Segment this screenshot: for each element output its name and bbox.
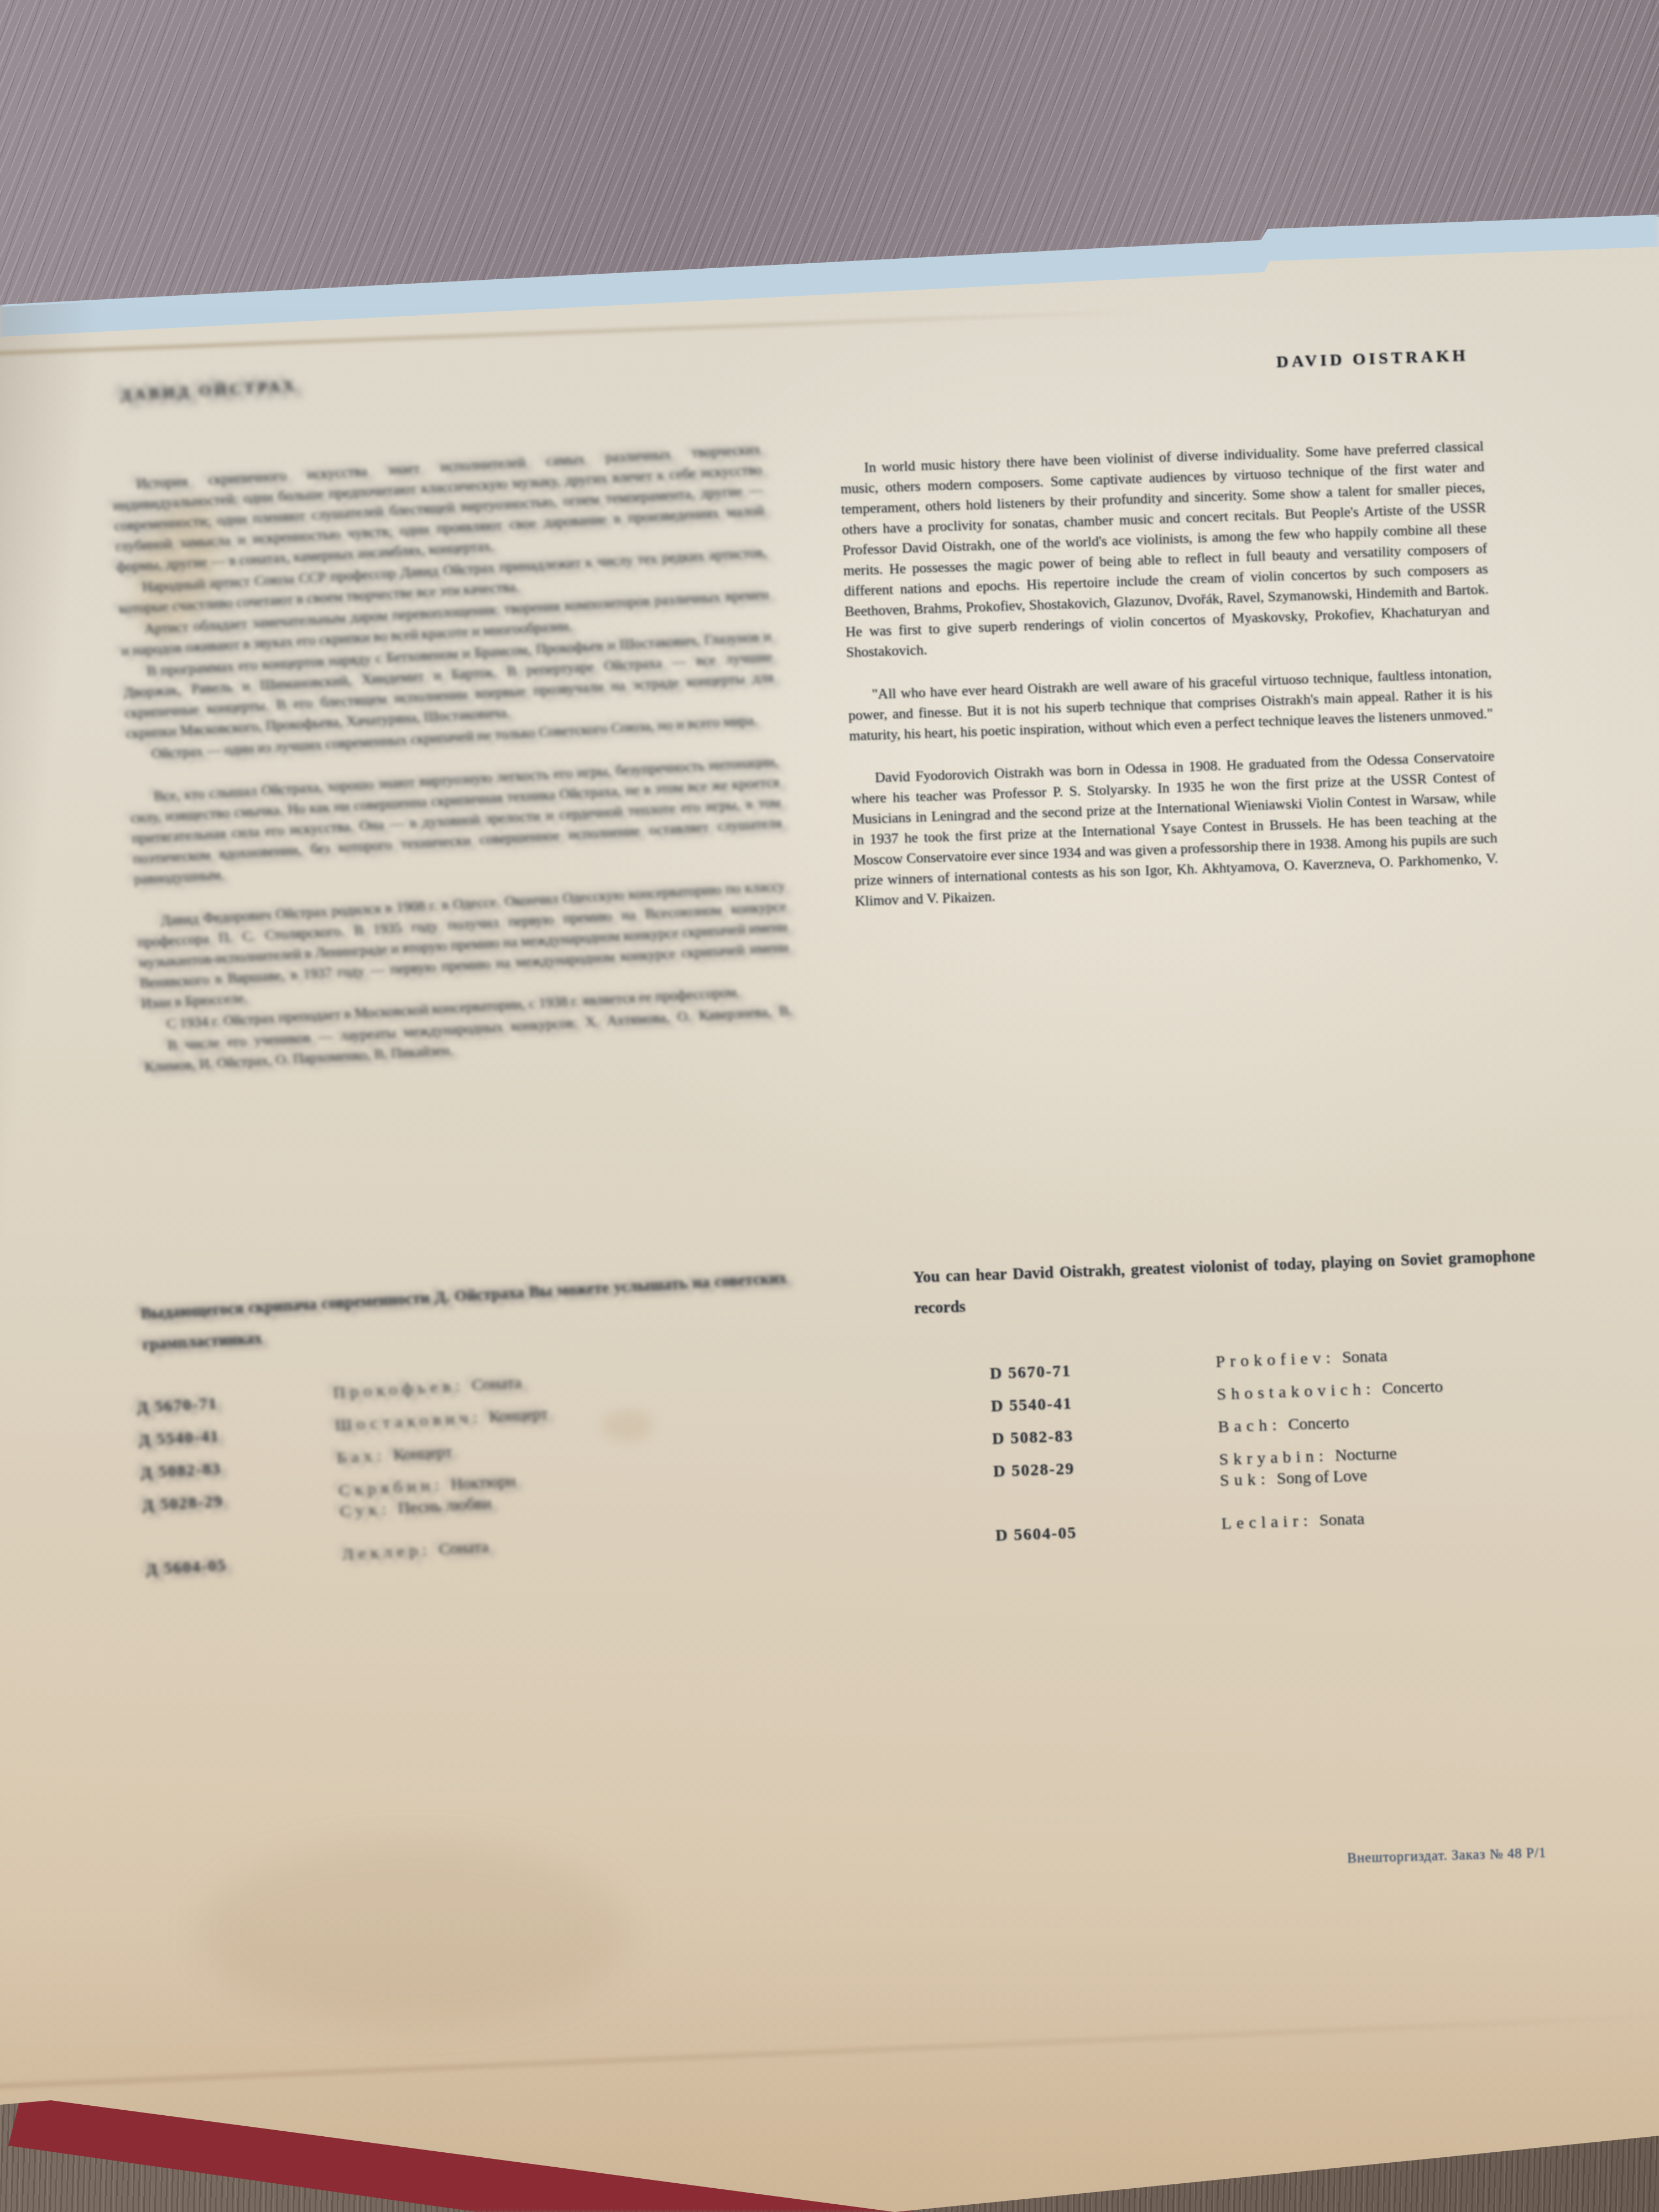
liner-notes-russian: История скрипичного искусства знает испо… xyxy=(112,439,794,1077)
paragraph: In world music history there have been v… xyxy=(839,436,1490,662)
record-row: D 5028-29 SkryabinNocturne SukSong of Lo… xyxy=(993,1436,1602,1499)
catalogue-number: D 5028-29 xyxy=(993,1459,1074,1481)
work-title: Песнь любви xyxy=(398,1494,492,1517)
work-title: Nocturne xyxy=(1334,1444,1397,1465)
paragraph: "All who have ever heard Oistrakh are we… xyxy=(847,662,1493,746)
catalogue-number: D 5604-05 xyxy=(995,1524,1077,1545)
work-title: Sonata xyxy=(1342,1347,1387,1366)
catalogue-number: Д 5540-41 xyxy=(138,1427,220,1450)
work-title: Concerto xyxy=(1288,1413,1349,1433)
composer: Prokofiev xyxy=(1215,1348,1343,1371)
composer: Bach xyxy=(1218,1415,1288,1436)
work-title: Concerto xyxy=(1382,1378,1443,1398)
composer: Skryabin xyxy=(1219,1446,1335,1468)
catalogue-number: D 5082-83 xyxy=(992,1427,1073,1448)
work-title: Ноктюрн xyxy=(450,1472,516,1494)
liner-notes-english: In world music history there have been v… xyxy=(839,436,1499,911)
work-title: Sonata xyxy=(1319,1510,1365,1530)
catalogue-number: Д 5670-71 xyxy=(137,1394,218,1417)
catalogue-number: Д 5604-05 xyxy=(145,1556,227,1579)
catalogue-number: Д 5082-83 xyxy=(140,1459,222,1483)
work-title: Концерт xyxy=(488,1405,548,1426)
catalogue-number: D 5670-71 xyxy=(989,1361,1071,1383)
composer: Леклер xyxy=(342,1540,439,1564)
composer: Shostakovich xyxy=(1217,1379,1383,1403)
record-sleeve-back-cover xyxy=(0,0,1659,2212)
record-list-english: D 5670-71 ProkofievSonata D 5540-41 Shos… xyxy=(989,1338,1604,1554)
work-title: Соната xyxy=(438,1537,489,1558)
composer: Leclair xyxy=(1221,1511,1319,1532)
paragraph: Все, кто слышал Ойстраха, хорошо знают в… xyxy=(129,751,783,889)
work-title: Song of Love xyxy=(1276,1466,1367,1488)
work-title: Концерт xyxy=(393,1443,452,1464)
record-list-russian: Д 5670-71 ПрокофьевСоната Д 5540-41 Шост… xyxy=(136,1357,810,1588)
composer: Бах xyxy=(336,1446,394,1468)
catalogue-number: D 5540-41 xyxy=(990,1394,1072,1416)
composer: Шостакович xyxy=(335,1408,489,1435)
composer: Suk xyxy=(1219,1469,1277,1490)
paragraph: David Fyodorovich Oistrakh was born in O… xyxy=(850,745,1499,911)
composer: Сук xyxy=(340,1499,399,1521)
photo-record-sleeve-on-table: ДАВИД ОЙСТРАХ DAVID OISTRAKH История скр… xyxy=(0,0,1659,2212)
work-title: Соната xyxy=(471,1373,522,1394)
